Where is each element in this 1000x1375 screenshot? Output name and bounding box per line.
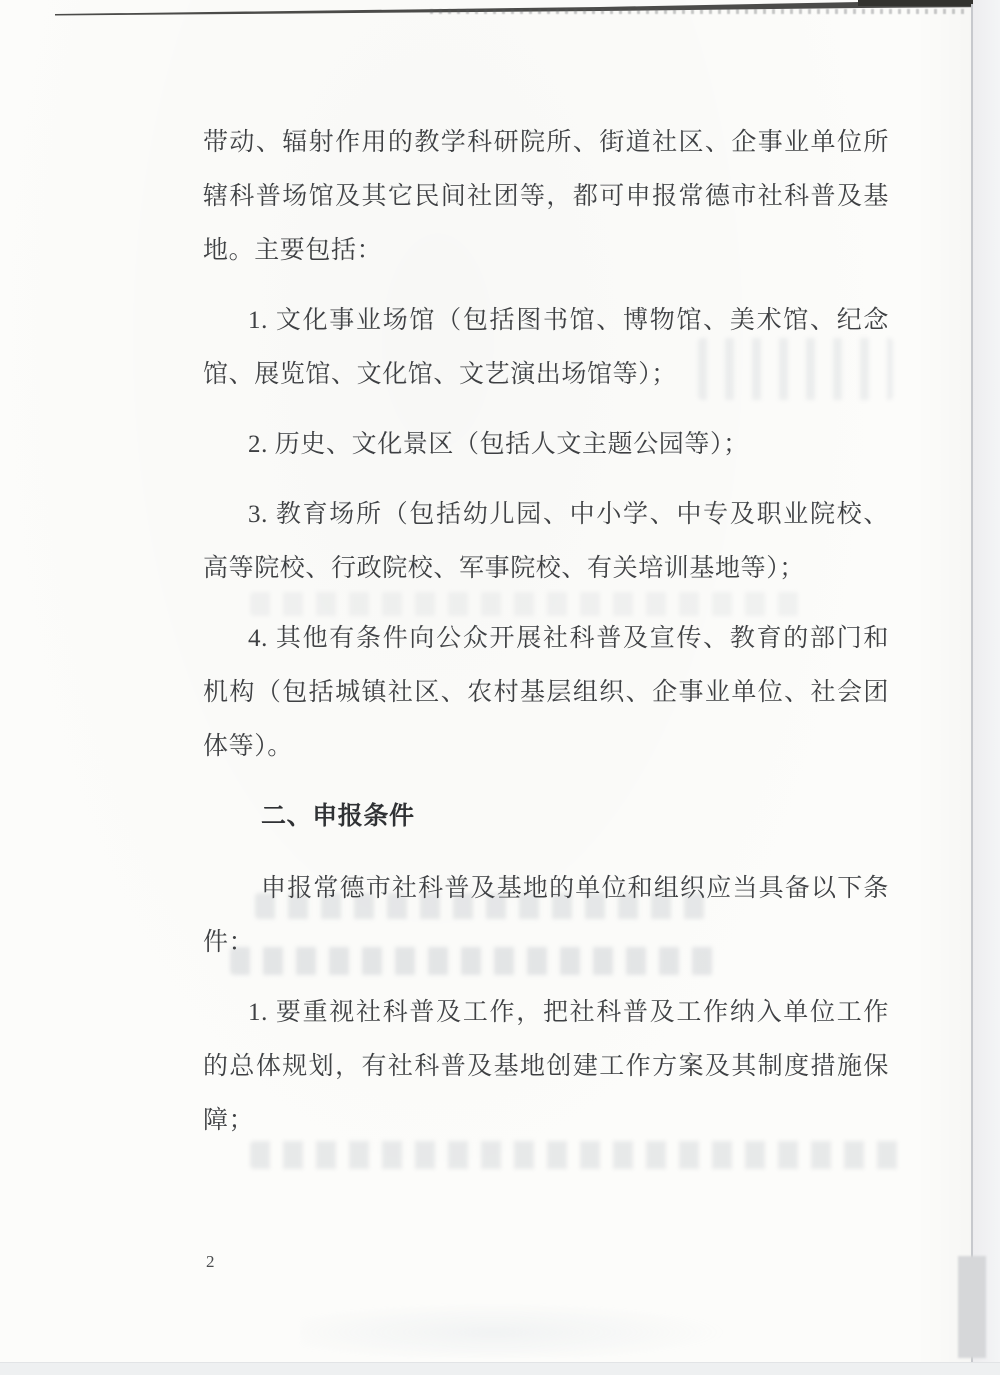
- scan-noise-speckles: [430, 9, 970, 14]
- list-item-3: 3. 教育场所（包括幼儿园、中小学、中专及职业院校、高等院校、行政院校、军事院校…: [203, 488, 889, 596]
- list-item-1: 1. 文化事业场馆（包括图书馆、博物馆、美术馆、纪念馆、展览馆、文化馆、文艺演出…: [203, 294, 889, 402]
- page-edge-shadow: [958, 1256, 986, 1358]
- section-heading-application-conditions: 二、申报条件: [203, 790, 889, 844]
- scan-background-margin: [973, 0, 1000, 1375]
- showthrough-ghost-smudge: [300, 1302, 730, 1357]
- document-body: 带动、辐射作用的教学科研院所、街道社区、企事业单位所辖科普场馆及其它民间社团等，…: [203, 116, 889, 1164]
- list-item-4: 4. 其他有条件向公众开展社科普及宣传、教育的部门和机构（包括城镇社区、农村基层…: [203, 612, 889, 774]
- paragraph-intro: 带动、辐射作用的教学科研院所、街道社区、企事业单位所辖科普场馆及其它民间社团等，…: [203, 116, 889, 278]
- scanned-document-page: 带动、辐射作用的教学科研院所、街道社区、企事业单位所辖科普场馆及其它民间社团等，…: [0, 0, 973, 1363]
- page-edge-line: [971, 4, 973, 1375]
- page-bottom-edge: [0, 1362, 1000, 1375]
- condition-item-1: 1. 要重视社科普及工作，把社科普及工作纳入单位工作的总体规划，有社科普及基地创…: [203, 986, 889, 1148]
- list-item-2: 2. 历史、文化景区（包括人文主题公园等）；: [203, 418, 889, 472]
- page-number: 2: [206, 1252, 216, 1272]
- paragraph-conditions-intro: 申报常德市社科普及基地的单位和组织应当具备以下条件：: [203, 862, 889, 970]
